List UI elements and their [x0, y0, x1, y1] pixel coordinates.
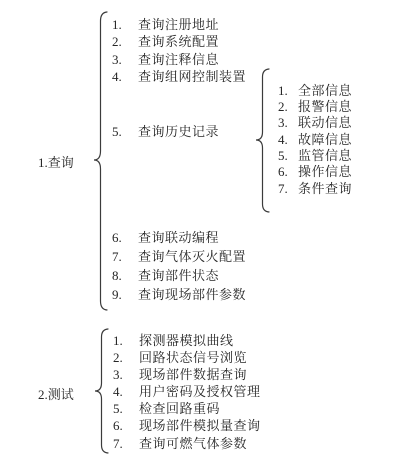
menu-item-query-4: 4.查询组网控制装置: [112, 69, 246, 84]
item-number: 2.: [112, 34, 138, 49]
item-number: 9.: [112, 287, 138, 302]
item-text: 探测器模拟曲线: [139, 333, 234, 348]
menu-item-test-5: 5.检查回路重码: [113, 401, 220, 416]
menu-item-query-2: 2.查询系统配置: [112, 34, 219, 49]
item-text: 查询现场部件参数: [138, 287, 246, 302]
item-number: 5.: [278, 148, 298, 163]
submenu-item-history-5: 5.监管信息: [278, 148, 352, 163]
item-text: 查询系统配置: [138, 34, 219, 49]
section-label-test: 2.测试: [38, 387, 74, 402]
item-text: 故障信息: [298, 132, 352, 147]
item-number: 7.: [112, 249, 138, 264]
item-text: 查询联动编程: [138, 230, 219, 245]
item-number: 6.: [112, 230, 138, 245]
menu-item-query-7: 7.查询气体灭火配置: [112, 249, 246, 264]
section-label-query: 1.查询: [38, 155, 74, 170]
menu-item-test-2: 2.回路状态信号浏览: [113, 350, 247, 365]
submenu-item-history-3: 3.联动信息: [278, 115, 352, 130]
query-section-brace: [94, 12, 107, 310]
item-number: 5.: [112, 124, 138, 139]
item-number: 1.: [278, 83, 298, 98]
item-number: 2.: [278, 99, 298, 114]
item-number: 5.: [113, 401, 139, 416]
item-text: 查询注释信息: [138, 52, 219, 67]
item-text: 检查回路重码: [139, 401, 220, 416]
item-text: 用户密码及授权管理: [139, 384, 261, 399]
item-number: 7.: [113, 436, 139, 451]
menu-item-query-6: 6.查询联动编程: [112, 230, 219, 245]
item-text: 联动信息: [298, 115, 352, 130]
item-text: 条件查询: [298, 181, 352, 196]
item-number: 4.: [112, 69, 138, 84]
item-text: 查询部件状态: [138, 268, 219, 283]
item-text: 查询历史记录: [138, 124, 219, 139]
menu-item-query-1: 1.查询注册地址: [112, 17, 219, 32]
menu-item-query-5: 5.查询历史记录: [112, 124, 219, 139]
menu-item-test-1: 1.探测器模拟曲线: [113, 333, 234, 348]
item-text: 查询注册地址: [138, 17, 219, 32]
item-number: 3.: [278, 115, 298, 130]
item-text: 查询组网控制装置: [138, 69, 246, 84]
item-text: 现场部件模拟量查询: [139, 418, 261, 433]
item-number: 6.: [113, 418, 139, 433]
menu-item-query-8: 8.查询部件状态: [112, 268, 219, 283]
menu-item-query-3: 3.查询注释信息: [112, 52, 219, 67]
item-number: 7.: [278, 181, 298, 196]
item-number: 2.: [113, 350, 139, 365]
submenu-item-history-2: 2.报警信息: [278, 99, 352, 114]
history-submenu-brace: [256, 69, 269, 212]
item-number: 1.: [112, 17, 138, 32]
menu-item-test-6: 6.现场部件模拟量查询: [113, 418, 261, 433]
item-number: 8.: [112, 268, 138, 283]
menu-item-test-3: 3.现场部件数据查询: [113, 367, 247, 382]
item-text: 现场部件数据查询: [139, 367, 247, 382]
test-section-brace: [95, 329, 108, 453]
menu-item-test-4: 4.用户密码及授权管理: [113, 384, 261, 399]
menu-item-query-9: 9.查询现场部件参数: [112, 287, 246, 302]
submenu-item-history-4: 4.故障信息: [278, 132, 352, 147]
submenu-item-history-7: 7.条件查询: [278, 181, 352, 196]
menu-item-test-7: 7.查询可燃气体参数: [113, 436, 247, 451]
item-number: 1.: [113, 333, 139, 348]
item-number: 4.: [278, 132, 298, 147]
item-number: 4.: [113, 384, 139, 399]
item-number: 3.: [113, 367, 139, 382]
item-text: 查询可燃气体参数: [139, 436, 247, 451]
item-text: 查询气体灭火配置: [138, 249, 246, 264]
item-text: 回路状态信号浏览: [139, 350, 247, 365]
item-text: 监管信息: [298, 148, 352, 163]
submenu-item-history-1: 1.全部信息: [278, 83, 352, 98]
item-text: 报警信息: [298, 99, 352, 114]
menu-tree-diagram: 1.查询 2.测试 1.查询注册地址 2.查询系统配置 3.查询注释信息 4.查…: [0, 0, 400, 459]
item-text: 全部信息: [298, 83, 352, 98]
item-number: 3.: [112, 52, 138, 67]
item-number: 6.: [278, 164, 298, 179]
item-text: 操作信息: [298, 164, 352, 179]
submenu-item-history-6: 6.操作信息: [278, 164, 352, 179]
